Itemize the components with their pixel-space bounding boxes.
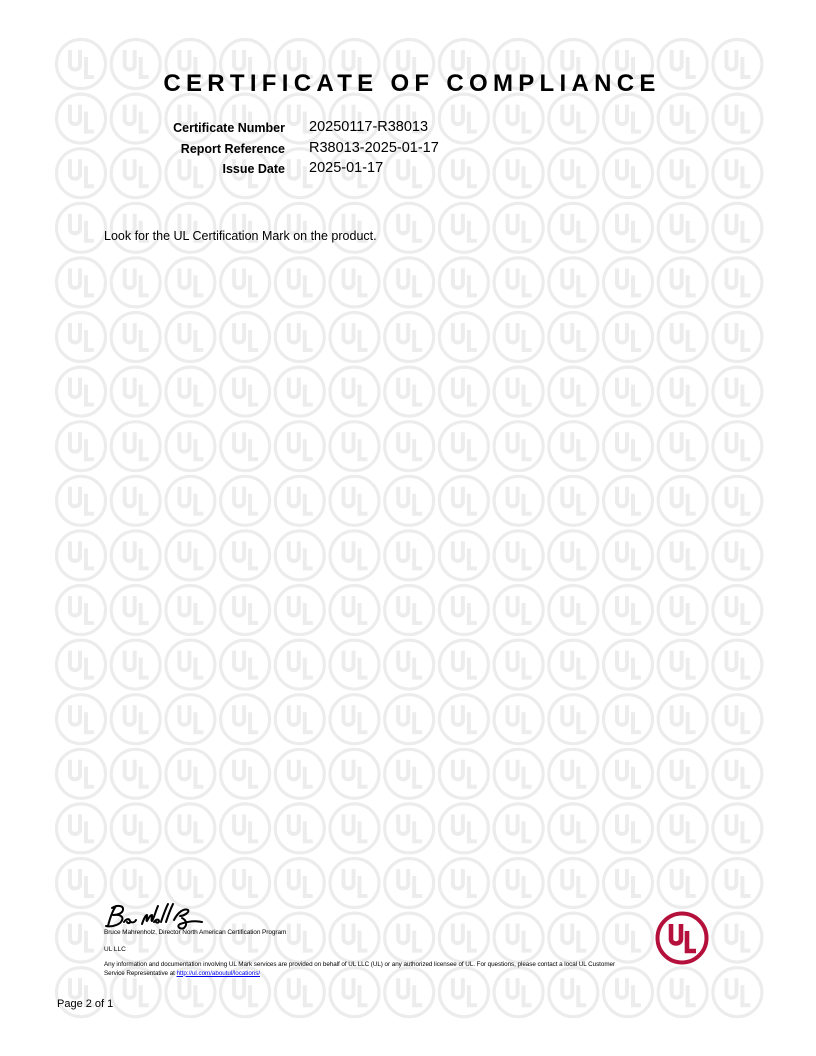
- page-indicator: Page 2 of 1: [57, 998, 113, 1010]
- ul-mark-watermark-icon: [439, 859, 488, 908]
- ul-mark-watermark-icon: [658, 476, 707, 525]
- ul-mark-watermark-icon: [330, 804, 379, 853]
- ul-mark-watermark-icon: [494, 203, 543, 252]
- ul-mark-watermark-icon: [658, 422, 707, 471]
- ul-mark-watermark-icon: [57, 422, 106, 471]
- ul-mark-watermark-icon: [385, 859, 434, 908]
- ul-mark-watermark-icon: [713, 859, 762, 908]
- ul-mark-watermark-icon: [658, 586, 707, 635]
- ul-mark-watermark-icon: [385, 476, 434, 525]
- certificate-number-row: Certificate Number 20250117-R38013: [150, 117, 550, 138]
- ul-mark-watermark-icon: [439, 804, 488, 853]
- ul-mark-watermark-icon: [166, 422, 215, 471]
- ul-mark-watermark-icon: [221, 476, 270, 525]
- ul-mark-watermark-icon: [713, 476, 762, 525]
- ul-mark-watermark-icon: [713, 367, 762, 416]
- ul-mark-watermark-icon: [111, 749, 160, 798]
- issue-date-value: 2025-01-17: [309, 160, 383, 176]
- ul-mark-watermark-icon: [275, 203, 324, 252]
- ul-mark-watermark-icon: [604, 804, 653, 853]
- ul-mark-watermark-icon: [57, 94, 106, 143]
- ul-mark-watermark-icon: [385, 203, 434, 252]
- ul-mark-watermark-icon: [330, 258, 379, 307]
- ul-mark-watermark-icon: [658, 859, 707, 908]
- ul-mark-watermark-icon: [494, 913, 543, 962]
- ul-mark-watermark-icon: [604, 258, 653, 307]
- ul-mark-watermark-icon: [439, 422, 488, 471]
- ul-mark-watermark-icon: [713, 586, 762, 635]
- ul-mark-watermark-icon: [166, 586, 215, 635]
- ul-mark-watermark-icon: [439, 913, 488, 962]
- ul-mark-watermark-icon: [604, 203, 653, 252]
- ul-mark-watermark-icon: [111, 695, 160, 744]
- ul-mark-watermark-icon: [549, 749, 598, 798]
- ul-mark-watermark-icon: [549, 859, 598, 908]
- ul-mark-watermark-icon: [494, 749, 543, 798]
- ul-mark-watermark-icon: [385, 422, 434, 471]
- ul-mark-watermark-icon: [330, 531, 379, 580]
- ul-mark-watermark-icon: [494, 859, 543, 908]
- ul-logo-icon: [654, 910, 710, 966]
- ul-mark-watermark-icon: [385, 640, 434, 689]
- ul-mark-watermark-icon: [385, 531, 434, 580]
- certificate-details: Certificate Number 20250117-R38013 Repor…: [150, 117, 550, 179]
- ul-mark-watermark-icon: [57, 695, 106, 744]
- ul-mark-watermark-icon: [549, 804, 598, 853]
- ul-mark-watermark-icon: [57, 258, 106, 307]
- ul-mark-watermark-icon: [604, 313, 653, 362]
- ul-mark-watermark-icon: [494, 804, 543, 853]
- ul-mark-watermark-icon: [658, 203, 707, 252]
- ul-mark-watermark-icon: [494, 258, 543, 307]
- ul-mark-watermark-icon: [658, 531, 707, 580]
- ul-mark-watermark-icon: [166, 695, 215, 744]
- ul-mark-watermark-icon: [713, 968, 762, 1017]
- company-name: UL LLC: [104, 946, 126, 953]
- ul-mark-watermark-icon: [658, 149, 707, 198]
- ul-mark-watermark-icon: [275, 695, 324, 744]
- ul-mark-watermark-icon: [166, 203, 215, 252]
- ul-mark-watermark-icon: [166, 367, 215, 416]
- ul-mark-watermark-icon: [494, 695, 543, 744]
- ul-mark-watermark-icon: [275, 913, 324, 962]
- ul-mark-watermark-icon: [713, 149, 762, 198]
- ul-mark-watermark-icon: [385, 313, 434, 362]
- ul-mark-watermark-icon: [385, 695, 434, 744]
- ul-mark-watermark-icon: [275, 640, 324, 689]
- ul-mark-watermark-icon: [713, 94, 762, 143]
- ul-mark-watermark-icon: [57, 313, 106, 362]
- ul-mark-watermark-icon: [658, 94, 707, 143]
- ul-mark-watermark-icon: [221, 749, 270, 798]
- ul-mark-watermark-icon: [439, 695, 488, 744]
- ul-mark-watermark-icon: [330, 313, 379, 362]
- ul-mark-watermark-icon: [166, 531, 215, 580]
- ul-mark-watermark-icon: [221, 258, 270, 307]
- ul-mark-watermark-icon: [166, 258, 215, 307]
- ul-mark-watermark-icon: [330, 749, 379, 798]
- ul-mark-watermark-icon: [330, 203, 379, 252]
- ul-mark-watermark-icon: [275, 804, 324, 853]
- ul-mark-watermark-icon: [713, 258, 762, 307]
- ul-mark-watermark-icon: [385, 367, 434, 416]
- ul-mark-watermark-icon: [439, 258, 488, 307]
- certification-statement: Look for the UL Certification Mark on th…: [104, 229, 377, 243]
- certificate-number-label: Certificate Number: [150, 119, 309, 135]
- ul-mark-watermark-icon: [57, 749, 106, 798]
- ul-mark-watermark-icon: [57, 367, 106, 416]
- ul-mark-watermark-icon: [494, 476, 543, 525]
- ul-mark-watermark-icon: [221, 203, 270, 252]
- ul-mark-watermark-icon: [549, 203, 598, 252]
- ul-mark-watermark-icon: [494, 422, 543, 471]
- ul-mark-watermark-icon: [658, 367, 707, 416]
- ul-mark-watermark-icon: [549, 149, 598, 198]
- ul-mark-watermark-icon: [221, 913, 270, 962]
- certificate-number-value: 20250117-R38013: [309, 119, 428, 135]
- ul-mark-watermark-icon: [494, 313, 543, 362]
- ul-mark-watermark-icon: [57, 804, 106, 853]
- ul-mark-watermark-icon: [439, 367, 488, 416]
- ul-mark-watermark-icon: [385, 749, 434, 798]
- ul-mark-watermark-icon: [604, 422, 653, 471]
- ul-mark-watermark-icon: [604, 149, 653, 198]
- ul-mark-watermark-icon: [330, 913, 379, 962]
- ul-mark-watermark-icon: [57, 640, 106, 689]
- ul-mark-watermark-icon: [549, 531, 598, 580]
- ul-mark-watermark-icon: [604, 859, 653, 908]
- ul-mark-watermark-icon: [604, 586, 653, 635]
- ul-mark-watermark-icon: [221, 313, 270, 362]
- ul-mark-watermark-icon: [549, 586, 598, 635]
- ul-mark-watermark-icon: [275, 531, 324, 580]
- ul-mark-watermark-icon: [275, 258, 324, 307]
- ul-mark-watermark-icon: [166, 476, 215, 525]
- ul-mark-watermark-icon: [658, 968, 707, 1017]
- ul-mark-watermark-icon: [604, 531, 653, 580]
- report-reference-label: Report Reference: [150, 140, 309, 156]
- ul-mark-watermark-icon: [275, 367, 324, 416]
- ul-mark-watermark-icon: [604, 913, 653, 962]
- ul-mark-watermark-icon: [439, 313, 488, 362]
- ul-mark-watermark-icon: [330, 640, 379, 689]
- ul-mark-watermark-icon: [111, 804, 160, 853]
- ul-mark-watermark-icon: [111, 313, 160, 362]
- ul-mark-watermark-icon: [111, 531, 160, 580]
- ul-mark-watermark-icon: [221, 367, 270, 416]
- report-reference-value: R38013-2025-01-17: [309, 140, 439, 156]
- ul-mark-watermark-icon: [57, 149, 106, 198]
- issue-date-label: Issue Date: [150, 160, 309, 176]
- ul-mark-watermark-icon: [385, 804, 434, 853]
- ul-mark-watermark-icon: [275, 313, 324, 362]
- ul-mark-watermark-icon: [221, 640, 270, 689]
- ul-mark-watermark-icon: [57, 476, 106, 525]
- ul-mark-watermark-icon: [604, 749, 653, 798]
- ul-mark-watermark-icon: [275, 749, 324, 798]
- ul-mark-watermark-icon: [57, 531, 106, 580]
- ul-mark-watermark-icon: [439, 531, 488, 580]
- ul-mark-watermark-icon: [385, 258, 434, 307]
- ul-mark-watermark-icon: [439, 203, 488, 252]
- ul-mark-watermark-icon: [221, 804, 270, 853]
- ul-mark-watermark-icon: [111, 203, 160, 252]
- ul-mark-watermark-icon: [604, 367, 653, 416]
- ul-mark-watermark-icon: [658, 640, 707, 689]
- ul-mark-watermark-icon: [111, 859, 160, 908]
- ul-mark-watermark-icon: [275, 586, 324, 635]
- ul-mark-watermark-icon: [713, 313, 762, 362]
- ul-mark-watermark-icon: [658, 258, 707, 307]
- ul-mark-watermark-icon: [330, 367, 379, 416]
- ul-mark-watermark-icon: [385, 586, 434, 635]
- report-reference-row: Report Reference R38013-2025-01-17: [150, 138, 550, 159]
- ul-mark-watermark-icon: [713, 695, 762, 744]
- ul-mark-watermark-icon: [549, 313, 598, 362]
- ul-mark-watermark-icon: [658, 313, 707, 362]
- ul-mark-watermark-icon: [658, 804, 707, 853]
- certificate-title: CERTIFICATE OF COMPLIANCE: [0, 70, 816, 98]
- ul-mark-watermark-icon: [57, 913, 106, 962]
- ul-mark-watermark-icon: [111, 258, 160, 307]
- ul-mark-watermark-icon: [604, 476, 653, 525]
- ul-mark-watermark-icon: [549, 640, 598, 689]
- ul-mark-watermark-icon: [713, 531, 762, 580]
- ul-mark-watermark-icon: [57, 859, 106, 908]
- ul-mark-watermark-icon: [658, 749, 707, 798]
- ul-mark-watermark-icon: [221, 859, 270, 908]
- ul-mark-watermark-icon: [713, 422, 762, 471]
- ul-mark-watermark-icon: [549, 476, 598, 525]
- ul-mark-watermark-icon: [166, 640, 215, 689]
- ul-mark-watermark-icon: [713, 804, 762, 853]
- ul-mark-watermark-icon: [221, 695, 270, 744]
- ul-mark-watermark-icon: [713, 203, 762, 252]
- ul-mark-watermark-icon: [166, 749, 215, 798]
- ul-mark-watermark-icon: [275, 859, 324, 908]
- ul-mark-watermark-icon: [713, 640, 762, 689]
- ul-mark-watermark-icon: [604, 695, 653, 744]
- ul-mark-watermark-icon: [494, 367, 543, 416]
- ul-mark-watermark-icon: [111, 367, 160, 416]
- ul-mark-watermark-icon: [604, 94, 653, 143]
- ul-mark-watermark-icon: [221, 586, 270, 635]
- ul-mark-watermark-icon: [494, 640, 543, 689]
- ul-mark-watermark-icon: [166, 804, 215, 853]
- ul-mark-watermark-icon: [221, 422, 270, 471]
- ul-mark-watermark-icon: [549, 695, 598, 744]
- ul-mark-watermark-icon: [549, 422, 598, 471]
- ul-mark-watermark-icon: [330, 476, 379, 525]
- locations-link[interactable]: http://ul.com/aboutul/locations/: [177, 970, 260, 977]
- ul-mark-watermark-icon: [111, 586, 160, 635]
- issue-date-row: Issue Date 2025-01-17: [150, 158, 550, 179]
- ul-mark-watermark-icon: [385, 913, 434, 962]
- ul-mark-watermark-icon: [111, 476, 160, 525]
- ul-mark-watermark-icon: [330, 586, 379, 635]
- ul-mark-watermark-icon: [439, 586, 488, 635]
- ul-mark-watermark-icon: [549, 94, 598, 143]
- disclaimer: Any information and documentation involv…: [104, 961, 624, 978]
- ul-mark-watermark-icon: [275, 422, 324, 471]
- ul-mark-watermark-icon: [549, 913, 598, 962]
- ul-mark-watermark-icon: [494, 586, 543, 635]
- ul-mark-watermark-icon: [604, 640, 653, 689]
- ul-mark-watermark-icon: [57, 203, 106, 252]
- signature-icon: [104, 902, 214, 930]
- ul-mark-watermark-icon: [330, 422, 379, 471]
- ul-mark-watermark-icon: [111, 640, 160, 689]
- ul-mark-watermark-icon: [713, 913, 762, 962]
- ul-mark-watermark-icon: [330, 695, 379, 744]
- ul-mark-watermark-icon: [549, 258, 598, 307]
- ul-mark-watermark-icon: [439, 476, 488, 525]
- ul-mark-watermark-icon: [658, 695, 707, 744]
- ul-mark-watermark-icon: [439, 640, 488, 689]
- ul-mark-watermark-icon: [166, 859, 215, 908]
- ul-mark-watermark-icon: [713, 749, 762, 798]
- ul-mark-watermark-icon: [57, 586, 106, 635]
- ul-mark-watermark-icon: [111, 422, 160, 471]
- signatory-name: Bruce Mahrenholz, Director North America…: [104, 929, 286, 936]
- ul-mark-watermark-icon: [221, 531, 270, 580]
- ul-mark-watermark-icon: [275, 476, 324, 525]
- ul-mark-watermark-icon: [439, 749, 488, 798]
- ul-mark-watermark-icon: [166, 313, 215, 362]
- ul-mark-watermark-icon: [549, 367, 598, 416]
- ul-mark-watermark-icon: [330, 859, 379, 908]
- ul-mark-watermark-icon: [494, 531, 543, 580]
